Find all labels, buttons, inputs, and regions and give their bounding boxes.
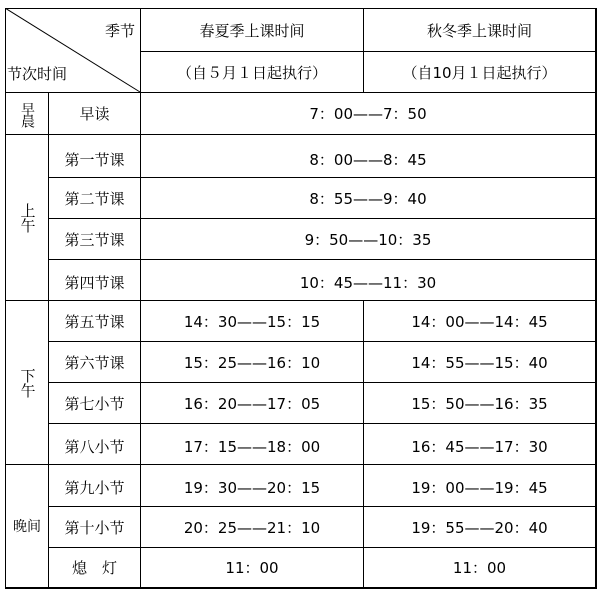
- period-cell: 第五节课: [49, 301, 140, 341]
- autumn-time-cell: 15：50——16：35: [364, 383, 595, 423]
- period-cell: 早读: [49, 93, 140, 134]
- schedule-table: 季节 节次时间 春夏季上课时间 （自５月１日起执行） 秋冬季上课时间 （自10月…: [5, 8, 596, 588]
- spring-time-cell: 14：30——15：15: [141, 301, 363, 341]
- border-right: [595, 8, 597, 589]
- period-cell: 第四节课: [49, 260, 140, 300]
- period-cell: 第二节课: [49, 178, 140, 218]
- period-cell: 第八小节: [49, 424, 140, 464]
- group-afternoon-label: 下午: [19, 368, 36, 398]
- period-cell: 第十小节: [49, 507, 140, 547]
- spring-time-cell: 16：20——17：05: [141, 383, 363, 423]
- group-early-morning: 早晨: [6, 93, 48, 134]
- time-cell-merged: 9：50——10：35: [141, 219, 595, 259]
- period-cell: 第三节课: [49, 219, 140, 259]
- spring-time-cell: 11：00: [141, 548, 363, 587]
- autumn-time-cell: 19：00——19：45: [364, 465, 595, 506]
- group-morning-label: 上午: [19, 203, 36, 233]
- spring-time-cell: 15：25——16：10: [141, 342, 363, 382]
- spring-time-cell: 17：15——18：00: [141, 424, 363, 464]
- border-bottom: [5, 587, 596, 589]
- spring-time-cell: 20：25——21：10: [141, 507, 363, 547]
- time-cell-merged: 10：45——11：30: [141, 260, 595, 300]
- time-cell-merged: 8：00——8：45: [141, 135, 595, 177]
- time-cell-merged: 7：00——7：50: [141, 93, 595, 134]
- period-cell-lights-out: 熄 灯: [49, 548, 140, 587]
- corner-season-label: 季节: [75, 12, 135, 48]
- period-cell: 第七小节: [49, 383, 140, 423]
- autumn-subtitle: （自10月１日起执行）: [364, 52, 595, 92]
- spring-title: 春夏季上课时间: [141, 9, 363, 51]
- autumn-time-cell: 16：45——17：30: [364, 424, 595, 464]
- time-cell-merged: 8：55——9：40: [141, 178, 595, 218]
- autumn-time-cell: 11：00: [364, 548, 595, 587]
- corner-period-label: 节次时间: [7, 56, 87, 90]
- autumn-time-cell: 19：55——20：40: [364, 507, 595, 547]
- group-morning: 上午: [6, 135, 48, 300]
- spring-time-cell: 19：30——20：15: [141, 465, 363, 506]
- period-cell: 第一节课: [49, 135, 140, 177]
- autumn-time-cell: 14：55——15：40: [364, 342, 595, 382]
- period-cell: 第六节课: [49, 342, 140, 382]
- group-early-morning-label: 早晨: [20, 102, 34, 126]
- group-evening: 晚间: [6, 465, 48, 587]
- group-afternoon: 下午: [6, 301, 48, 464]
- autumn-time-cell: 14：00——14：45: [364, 301, 595, 341]
- autumn-title: 秋冬季上课时间: [364, 9, 595, 51]
- spring-subtitle: （自５月１日起执行）: [141, 52, 363, 92]
- period-cell: 第九小节: [49, 465, 140, 506]
